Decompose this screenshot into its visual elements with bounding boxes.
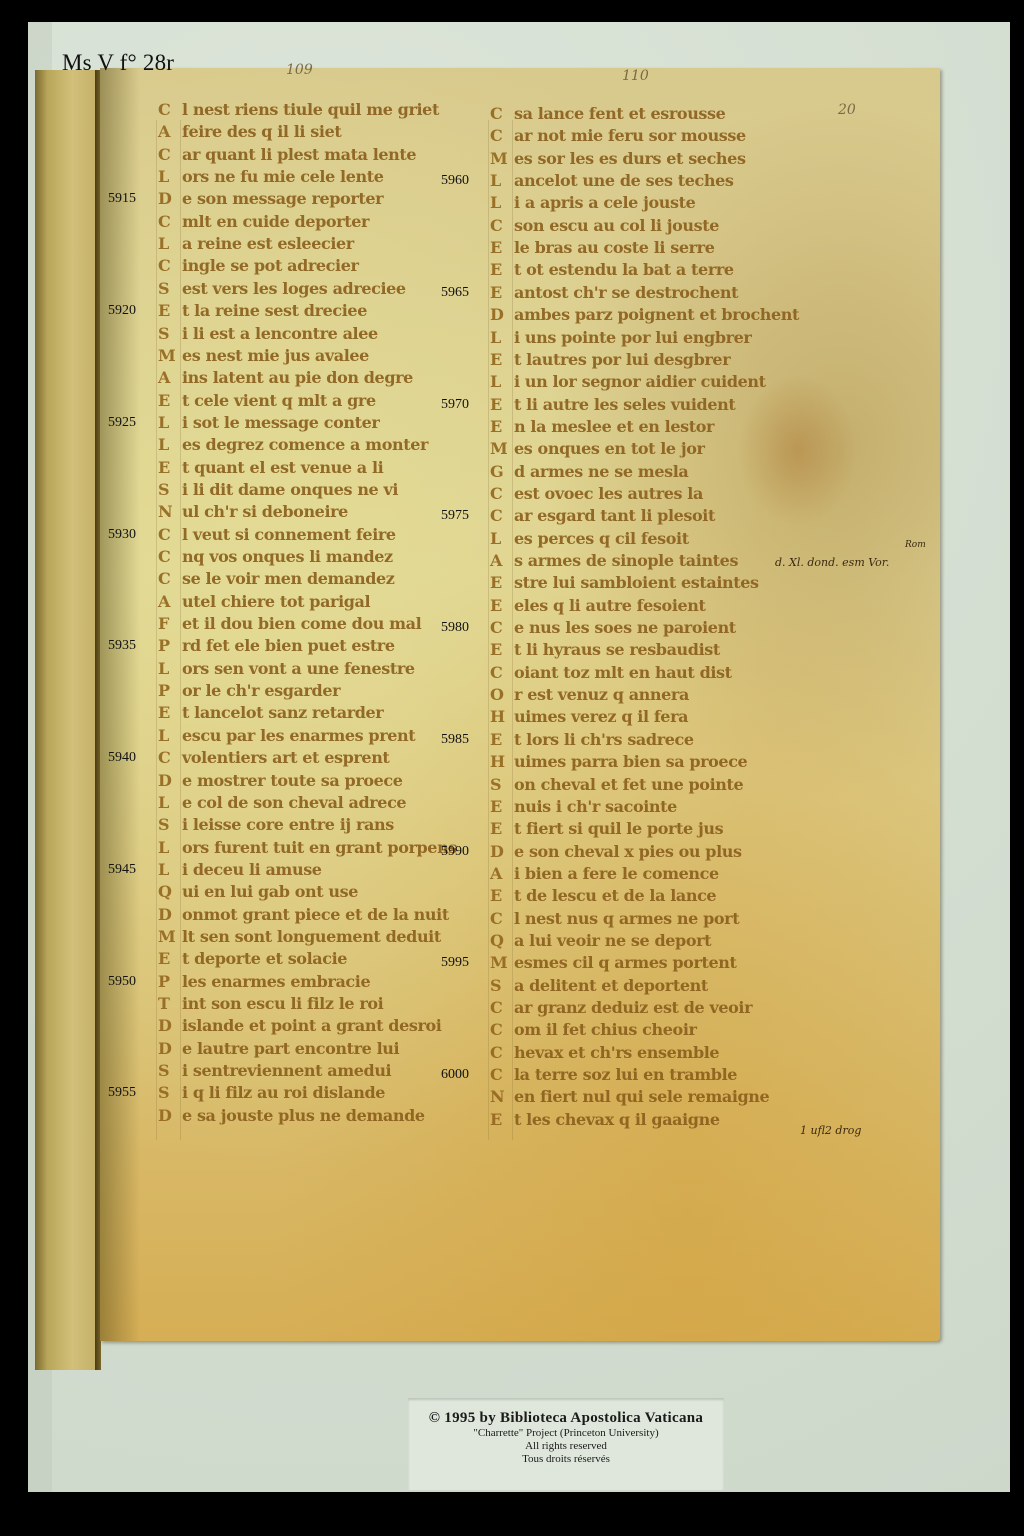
- verse-initial: D: [490, 842, 514, 861]
- verse-line: Les degrez comence a monter: [158, 435, 428, 457]
- verse-initial: E: [490, 819, 514, 838]
- verse-text: i uns pointe por lui engbrer: [514, 328, 751, 347]
- verse-initial: D: [158, 189, 182, 208]
- verse-line: Chevax et ch'rs ensemble: [490, 1043, 719, 1065]
- verse-text: ors ne fu mie cele lente: [182, 167, 384, 186]
- verse-text: ar quant li plest mata lente: [182, 145, 416, 164]
- verse-text: uimes parra bien sa proece: [514, 752, 747, 771]
- verse-initial: H: [490, 707, 514, 726]
- margin-note-right-super: Rom: [905, 540, 926, 550]
- verse-line: Si leisse core entre ij rans: [158, 815, 394, 837]
- verse-text: lt sen sont longuement deduit: [182, 927, 441, 946]
- verse-line: Lancelot une de ses teches: [490, 171, 734, 193]
- verse-text: e col de son cheval adrece: [182, 793, 406, 812]
- verse-line: Et lautres por lui desgbrer: [490, 350, 730, 372]
- verse-initial: C: [158, 569, 182, 588]
- verse-line: Car quant li plest mata lente: [158, 145, 416, 167]
- verse-text: t la reine sest dreciee: [182, 301, 367, 320]
- verse-initial: A: [490, 864, 514, 883]
- verse-initial: C: [158, 547, 182, 566]
- verse-text: r est venuz q annera: [514, 685, 689, 704]
- verse-line: Tint son escu li filz le roi: [158, 994, 383, 1016]
- verse-line: Cson escu au col li jouste: [490, 216, 719, 238]
- line-number: 5935: [108, 638, 136, 654]
- pencil-folio-right: 20: [838, 102, 856, 118]
- verse-text: volentiers art et esprent: [182, 748, 389, 767]
- verse-line: Et quant el est venue a li: [158, 458, 383, 480]
- verse-initial: E: [158, 949, 182, 968]
- verse-text: escu par les enarmes prent: [182, 726, 415, 745]
- verse-initial: C: [158, 525, 182, 544]
- verse-initial: L: [158, 726, 182, 745]
- verse-line: Cl nest riens tiule quil me griet: [158, 100, 439, 122]
- verse-line: Ains latent au pie don degre: [158, 368, 413, 390]
- verse-initial: C: [158, 145, 182, 164]
- verse-text: uimes verez q il fera: [514, 707, 688, 726]
- verse-line: Mes onques en tot le jor: [490, 439, 705, 461]
- verse-line: Cvolentiers art et esprent: [158, 748, 389, 770]
- verse-line: Lors ne fu mie cele lente: [158, 167, 384, 189]
- line-number: 5950: [108, 974, 136, 990]
- verse-initial: C: [158, 100, 182, 119]
- verse-text: le bras au coste li serre: [514, 238, 714, 257]
- verse-initial: S: [158, 1083, 182, 1102]
- verse-line: Li a apris a cele jouste: [490, 193, 695, 215]
- verse-line: Csa lance fent et esrousse: [490, 104, 725, 126]
- verse-line: Eantost ch'r se destrochent: [490, 283, 738, 305]
- verse-initial: G: [490, 462, 514, 481]
- verse-line: Coiant toz mlt en haut dist: [490, 663, 732, 685]
- verse-initial: E: [490, 350, 514, 369]
- margin-note-right: d. Xl. dond. esm Vor.: [775, 556, 889, 569]
- folio-label: Ms V f° 28r: [62, 50, 174, 76]
- verse-text: la terre soz lui en tramble: [514, 1065, 737, 1084]
- verse-line: Fet il dou bien come dou mal: [158, 614, 421, 636]
- verse-initial: D: [158, 1106, 182, 1125]
- verse-initial: C: [158, 256, 182, 275]
- line-number: 5980: [441, 620, 469, 636]
- verse-line: Et fiert si quil le porte jus: [490, 819, 723, 841]
- verse-initial: L: [490, 193, 514, 212]
- verse-line: Huimes verez q il fera: [490, 707, 688, 729]
- verse-initial: M: [158, 346, 182, 365]
- verse-text: on cheval et fet une pointe: [514, 775, 743, 794]
- verse-text: utel chiere tot parigal: [182, 592, 370, 611]
- verse-text: e nus les soes ne paroient: [514, 618, 736, 637]
- verse-text: ui en lui gab ont use: [182, 882, 358, 901]
- verse-text: t de lescu et de la lance: [514, 886, 716, 905]
- verse-text: e son cheval x pies ou plus: [514, 842, 742, 861]
- verse-line: Et de lescu et de la lance: [490, 886, 716, 908]
- verse-line: Autel chiere tot parigal: [158, 592, 370, 614]
- verse-text: i sot le message conter: [182, 413, 379, 432]
- verse-line: Huimes parra bien sa proece: [490, 752, 747, 774]
- verse-initial: E: [490, 596, 514, 615]
- line-number: 6000: [441, 1067, 469, 1083]
- copyright-title: © 1995 by Biblioteca Apostolica Vaticana: [408, 1410, 724, 1427]
- verse-initial: C: [490, 484, 514, 503]
- verse-initial: M: [490, 953, 514, 972]
- verse-text: i un lor segnor aidier cuident: [514, 372, 766, 391]
- verse-initial: D: [158, 1039, 182, 1058]
- verse-text: oiant toz mlt en haut dist: [514, 663, 732, 682]
- verse-initial: L: [158, 435, 182, 454]
- verse-text: ingle se pot adrecier: [182, 256, 359, 275]
- verse-line: Li un lor segnor aidier cuident: [490, 372, 766, 394]
- verse-initial: P: [158, 681, 182, 700]
- verse-text: es nest mie jus avalee: [182, 346, 369, 365]
- verse-text: est vers les loges adreciee: [182, 279, 406, 298]
- verse-initial: C: [490, 506, 514, 525]
- verse-line: Mes nest mie jus avalee: [158, 346, 369, 368]
- verse-text: int son escu li filz le roi: [182, 994, 383, 1013]
- verse-text: ancelot une de ses teches: [514, 171, 734, 190]
- verse-text: l veut si connement feire: [182, 525, 396, 544]
- verse-text: esmes cil q armes portent: [514, 953, 736, 972]
- verse-text: son escu au col li jouste: [514, 216, 719, 235]
- verse-text: i q li filz au roi dislande: [182, 1083, 385, 1102]
- verse-text: a reine est esleecier: [182, 234, 354, 253]
- verse-text: es perces q cil fesoit: [514, 529, 689, 548]
- verse-line: Ples enarmes embracie: [158, 972, 370, 994]
- verse-initial: L: [158, 234, 182, 253]
- verse-initial: E: [490, 797, 514, 816]
- verse-text: e sa jouste plus ne demande: [182, 1106, 425, 1125]
- verse-text: t cele vient q mlt a gre: [182, 391, 376, 410]
- verse-text: ors furent tuit en grant porpens: [182, 838, 457, 857]
- verse-line: Et li autre les seles vuident: [490, 395, 735, 417]
- line-number: 5930: [108, 527, 136, 543]
- verse-line: Cnq vos onques li mandez: [158, 547, 393, 569]
- line-number: 5985: [441, 732, 469, 748]
- verse-line: Cla terre soz lui en tramble: [490, 1065, 737, 1087]
- verse-initial: D: [158, 771, 182, 790]
- verse-text: e lautre part encontre lui: [182, 1039, 399, 1058]
- verse-initial: S: [490, 775, 514, 794]
- verse-initial: L: [158, 659, 182, 678]
- line-number: 5925: [108, 415, 136, 431]
- verse-initial: O: [490, 685, 514, 704]
- verse-line: Enuis i ch'r sacointe: [490, 797, 677, 819]
- verse-initial: E: [490, 395, 514, 414]
- verse-text: t fiert si quil le porte jus: [514, 819, 723, 838]
- verse-initial: C: [490, 1065, 514, 1084]
- verse-initial: Q: [490, 931, 514, 950]
- verse-line: Por le ch'r esgarder: [158, 681, 340, 703]
- verse-initial: C: [490, 104, 514, 123]
- line-number: 5975: [441, 508, 469, 524]
- verse-line: Cmlt en cuide deporter: [158, 212, 369, 234]
- verse-text: en fiert nul qui sele remaigne: [514, 1087, 769, 1106]
- verse-text: l nest riens tiule quil me griet: [182, 100, 439, 119]
- verse-line: Mes sor les es durs et seches: [490, 149, 746, 171]
- pencil-folio-center: 110: [622, 68, 649, 84]
- verse-initial: P: [158, 636, 182, 655]
- verse-line: Car granz deduiz est de veoir: [490, 998, 752, 1020]
- verse-text: or le ch'r esgarder: [182, 681, 340, 700]
- verse-line: Et ot estendu la bat a terre: [490, 260, 734, 282]
- verse-initial: L: [490, 372, 514, 391]
- verse-line: La reine est esleecier: [158, 234, 354, 256]
- verse-initial: E: [490, 260, 514, 279]
- verse-line: Li uns pointe por lui engbrer: [490, 328, 751, 350]
- verse-line: Lors sen vont a une fenestre: [158, 659, 415, 681]
- verse-initial: S: [158, 815, 182, 834]
- verse-text: ar not mie feru sor mousse: [514, 126, 746, 145]
- margin-note-bottom: 1 ufl2 drog: [800, 1124, 861, 1137]
- line-number: 5995: [441, 955, 469, 971]
- verse-line: Cingle se pot adrecier: [158, 256, 359, 278]
- verse-initial: C: [490, 126, 514, 145]
- verse-text: om il fet chius cheoir: [514, 1020, 697, 1039]
- verse-text: t lautres por lui desgbrer: [514, 350, 730, 369]
- verse-initial: N: [158, 502, 182, 521]
- verse-line: De lautre part encontre lui: [158, 1039, 399, 1061]
- line-number: 5920: [108, 303, 136, 319]
- verse-text: i li dit dame onques ne vi: [182, 480, 398, 499]
- verse-text: stre lui sambloient estaintes: [514, 573, 759, 592]
- verse-line: Ce nus les soes ne paroient: [490, 618, 736, 640]
- verse-initial: T: [158, 994, 182, 1013]
- verse-line: Car esgard tant li plesoit: [490, 506, 715, 528]
- verse-line: Eeles q li autre fesoient: [490, 596, 706, 618]
- verse-initial: E: [490, 283, 514, 302]
- verse-initial: E: [490, 730, 514, 749]
- verse-text: es sor les es durs et seches: [514, 149, 746, 168]
- verse-line: Afeire des q il li siet: [158, 122, 341, 144]
- verse-line: Ele bras au coste li serre: [490, 238, 714, 260]
- ruling-line-col2: [488, 120, 489, 1140]
- verse-text: nq vos onques li mandez: [182, 547, 393, 566]
- verse-text: i li est a lencontre alee: [182, 324, 378, 343]
- verse-text: i leisse core entre ij rans: [182, 815, 394, 834]
- verse-line: Qa lui veoir ne se deport: [490, 931, 711, 953]
- verse-text: s armes de sinople taintes: [514, 551, 738, 570]
- verse-line: Sest vers les loges adreciee: [158, 279, 406, 301]
- verse-initial: A: [158, 592, 182, 611]
- verse-initial: L: [158, 838, 182, 857]
- verse-initial: L: [490, 529, 514, 548]
- verse-text: i deceu li amuse: [182, 860, 322, 879]
- verse-initial: M: [158, 927, 182, 946]
- verse-initial: E: [490, 640, 514, 659]
- line-number: 5915: [108, 191, 136, 207]
- verse-text: l nest nus q armes ne port: [514, 909, 739, 928]
- verse-text: t li hyraus se resbaudist: [514, 640, 720, 659]
- verse-text: onmot grant piece et de la nuit: [182, 905, 449, 924]
- line-number: 5990: [441, 844, 469, 860]
- verse-text: d armes ne se mesla: [514, 462, 688, 481]
- film-border-bottom: [0, 1492, 1024, 1536]
- verse-line: Li deceu li amuse: [158, 860, 322, 882]
- line-number: 5945: [108, 862, 136, 878]
- verse-initial: S: [490, 976, 514, 995]
- verse-initial: C: [490, 998, 514, 1017]
- verse-initial: S: [158, 324, 182, 343]
- verse-initial: D: [158, 905, 182, 924]
- verse-line: Dislande et point a grant desroi: [158, 1016, 441, 1038]
- verse-line: Cl veut si connement feire: [158, 525, 396, 547]
- rights-french: Tous droits réservés: [408, 1453, 724, 1466]
- verse-text: ambes parz poignent et brochent: [514, 305, 799, 324]
- verse-line: Et les chevax q il gaaigne: [490, 1110, 720, 1132]
- verse-line: Estre lui sambloient estaintes: [490, 573, 759, 595]
- verse-text: eles q li autre fesoient: [514, 596, 706, 615]
- verse-initial: E: [158, 301, 182, 320]
- verse-text: et il dou bien come dou mal: [182, 614, 421, 633]
- verse-text: les enarmes embracie: [182, 972, 370, 991]
- verse-line: Cse le voir men demandez: [158, 569, 395, 591]
- verse-text: nuis i ch'r sacointe: [514, 797, 677, 816]
- verse-line: Et la reine sest dreciee: [158, 301, 367, 323]
- verse-initial: C: [158, 748, 182, 767]
- verse-initial: E: [490, 238, 514, 257]
- verse-line: Et lancelot sanz retarder: [158, 703, 383, 725]
- verse-text: t lors li ch'rs sadrece: [514, 730, 694, 749]
- verse-initial: C: [490, 1043, 514, 1062]
- verse-initial: S: [158, 1061, 182, 1080]
- verse-line: Qui en lui gab ont use: [158, 882, 358, 904]
- verse-initial: D: [490, 305, 514, 324]
- verse-initial: C: [490, 663, 514, 682]
- ruling-line-col1: [156, 120, 157, 1140]
- verse-text: est ovoec les autres la: [514, 484, 703, 503]
- verse-initial: L: [490, 171, 514, 190]
- verse-line: De son cheval x pies ou plus: [490, 842, 742, 864]
- line-number: 5940: [108, 750, 136, 766]
- line-number: 5965: [441, 285, 469, 301]
- verse-line: Si q li filz au roi dislande: [158, 1083, 385, 1105]
- verse-line: Les perces q cil fesoit: [490, 529, 689, 551]
- verse-text: ar granz deduiz est de veoir: [514, 998, 752, 1017]
- verse-initial: E: [490, 1110, 514, 1129]
- verse-text: a delitent et deportent: [514, 976, 708, 995]
- verse-line: Si sentreviennent amedui: [158, 1061, 391, 1083]
- verse-initial: C: [490, 909, 514, 928]
- verse-line: Dambes parz poignent et brochent: [490, 305, 799, 327]
- verse-initial: Q: [158, 882, 182, 901]
- verse-line: Ai bien a fere le comence: [490, 864, 719, 886]
- pencil-folio-left: 109: [286, 62, 313, 78]
- verse-text: e mostrer toute sa proece: [182, 771, 403, 790]
- verse-initial: S: [158, 279, 182, 298]
- verse-text: t ot estendu la bat a terre: [514, 260, 734, 279]
- verse-line: Lors furent tuit en grant porpens: [158, 838, 457, 860]
- verse-line: Et deporte et solacie: [158, 949, 347, 971]
- verse-text: t li autre les seles vuident: [514, 395, 735, 414]
- verse-line: Com il fet chius cheoir: [490, 1020, 697, 1042]
- verse-text: ar esgard tant li plesoit: [514, 506, 715, 525]
- verse-text: e son message reporter: [182, 189, 383, 208]
- verse-initial: A: [158, 368, 182, 387]
- verse-text: n la meslee et en lestor: [514, 417, 714, 436]
- verse-line: Si li est a lencontre alee: [158, 324, 378, 346]
- verse-text: islande et point a grant desroi: [182, 1016, 441, 1035]
- verse-initial: F: [158, 614, 182, 633]
- verse-initial: N: [490, 1087, 514, 1106]
- verse-initial: C: [490, 216, 514, 235]
- verse-initial: H: [490, 752, 514, 771]
- verse-line: Lescu par les enarmes prent: [158, 726, 415, 748]
- verse-initial: E: [490, 573, 514, 592]
- rights-english: All rights reserved: [408, 1440, 724, 1453]
- verse-text: i a apris a cele jouste: [514, 193, 695, 212]
- verse-line: Gd armes ne se mesla: [490, 462, 688, 484]
- verse-line: Si li dit dame onques ne vi: [158, 480, 398, 502]
- verse-text: a lui veoir ne se deport: [514, 931, 711, 950]
- copyright-label: © 1995 by Biblioteca Apostolica Vaticana…: [408, 1398, 724, 1490]
- verse-line: Et lors li ch'rs sadrece: [490, 730, 694, 752]
- verse-text: mlt en cuide deporter: [182, 212, 369, 231]
- verse-line: En la meslee et en lestor: [490, 417, 714, 439]
- verse-initial: S: [158, 480, 182, 499]
- verse-initial: E: [490, 417, 514, 436]
- verse-initial: L: [158, 167, 182, 186]
- verse-initial: L: [158, 413, 182, 432]
- verse-text: feire des q il li siet: [182, 122, 341, 141]
- verse-line: Cest ovoec les autres la: [490, 484, 703, 506]
- verse-text: se le voir men demandez: [182, 569, 395, 588]
- verse-initial: L: [490, 328, 514, 347]
- project-credit: "Charrette" Project (Princeton Universit…: [408, 1427, 724, 1440]
- verse-initial: M: [490, 439, 514, 458]
- leaf-inner-shadow: [100, 68, 140, 1341]
- verse-line: De sa jouste plus ne demande: [158, 1106, 425, 1128]
- line-number: 5955: [108, 1085, 136, 1101]
- verse-line: Or est venuz q annera: [490, 685, 689, 707]
- verse-text: ors sen vont a une fenestre: [182, 659, 415, 678]
- line-number: 5970: [441, 397, 469, 413]
- verse-text: i sentreviennent amedui: [182, 1061, 391, 1080]
- verse-initial: C: [490, 618, 514, 637]
- verse-initial: L: [158, 860, 182, 879]
- verse-text: es degrez comence a monter: [182, 435, 428, 454]
- verse-text: rd fet ele bien puet estre: [182, 636, 395, 655]
- verse-text: ins latent au pie don degre: [182, 368, 413, 387]
- verse-line: Nul ch'r si deboneire: [158, 502, 348, 524]
- verse-line: Et cele vient q mlt a gre: [158, 391, 376, 413]
- verse-line: Mlt sen sont longuement deduit: [158, 927, 441, 949]
- verse-initial: C: [158, 212, 182, 231]
- verse-text: t les chevax q il gaaigne: [514, 1110, 720, 1129]
- verse-initial: E: [158, 391, 182, 410]
- verse-initial: A: [158, 122, 182, 141]
- line-number: 5960: [441, 173, 469, 189]
- verse-initial: D: [158, 1016, 182, 1035]
- verse-line: Nen fiert nul qui sele remaigne: [490, 1087, 769, 1109]
- verse-line: Donmot grant piece et de la nuit: [158, 905, 449, 927]
- verse-text: sa lance fent et esrousse: [514, 104, 725, 123]
- verse-text: hevax et ch'rs ensemble: [514, 1043, 719, 1062]
- verse-initial: M: [490, 149, 514, 168]
- verse-initial: C: [490, 1020, 514, 1039]
- verse-line: Car not mie feru sor mousse: [490, 126, 746, 148]
- verse-initial: P: [158, 972, 182, 991]
- verse-text: t deporte et solacie: [182, 949, 347, 968]
- verse-text: i bien a fere le comence: [514, 864, 719, 883]
- verse-initial: A: [490, 551, 514, 570]
- verse-text: t quant el est venue a li: [182, 458, 383, 477]
- verse-line: Le col de son cheval adrece: [158, 793, 406, 815]
- verse-line: Li sot le message conter: [158, 413, 379, 435]
- verse-line: Et li hyraus se resbaudist: [490, 640, 720, 662]
- previous-leaf-edge: [35, 70, 97, 1370]
- verse-line: De mostrer toute sa proece: [158, 771, 403, 793]
- verse-line: Son cheval et fet une pointe: [490, 775, 743, 797]
- verse-text: ul ch'r si deboneire: [182, 502, 348, 521]
- verse-line: Mesmes cil q armes portent: [490, 953, 736, 975]
- verse-line: Cl nest nus q armes ne port: [490, 909, 739, 931]
